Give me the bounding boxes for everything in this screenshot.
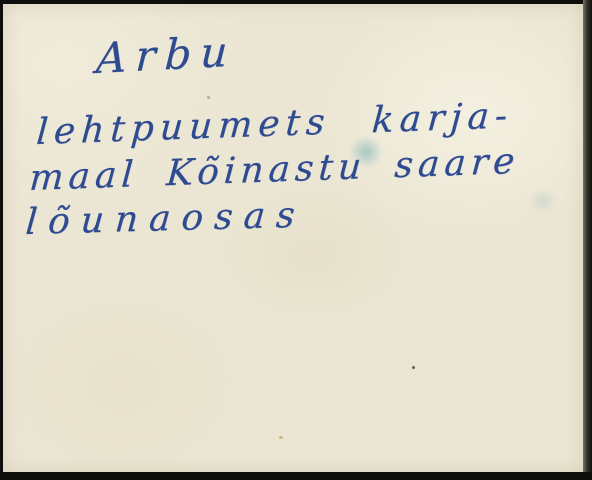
paper-speck xyxy=(412,366,415,369)
card-paper: Arbu lehtpuumets karja- maal Kõinastu sa… xyxy=(3,4,583,472)
paper-speck xyxy=(279,436,283,439)
paper-speck xyxy=(207,96,210,99)
scan-edge-right xyxy=(583,0,592,480)
scan-edge-bottom xyxy=(0,472,592,480)
handwritten-line-3: lõunaosas xyxy=(24,195,307,243)
card-title-handwriting: Arbu xyxy=(95,26,238,83)
ink-smudge-faint xyxy=(523,184,563,218)
scan-edge-top xyxy=(0,0,592,4)
scanned-note-card: Arbu lehtpuumets karja- maal Kõinastu sa… xyxy=(0,0,592,480)
scan-edge-left xyxy=(0,0,3,480)
